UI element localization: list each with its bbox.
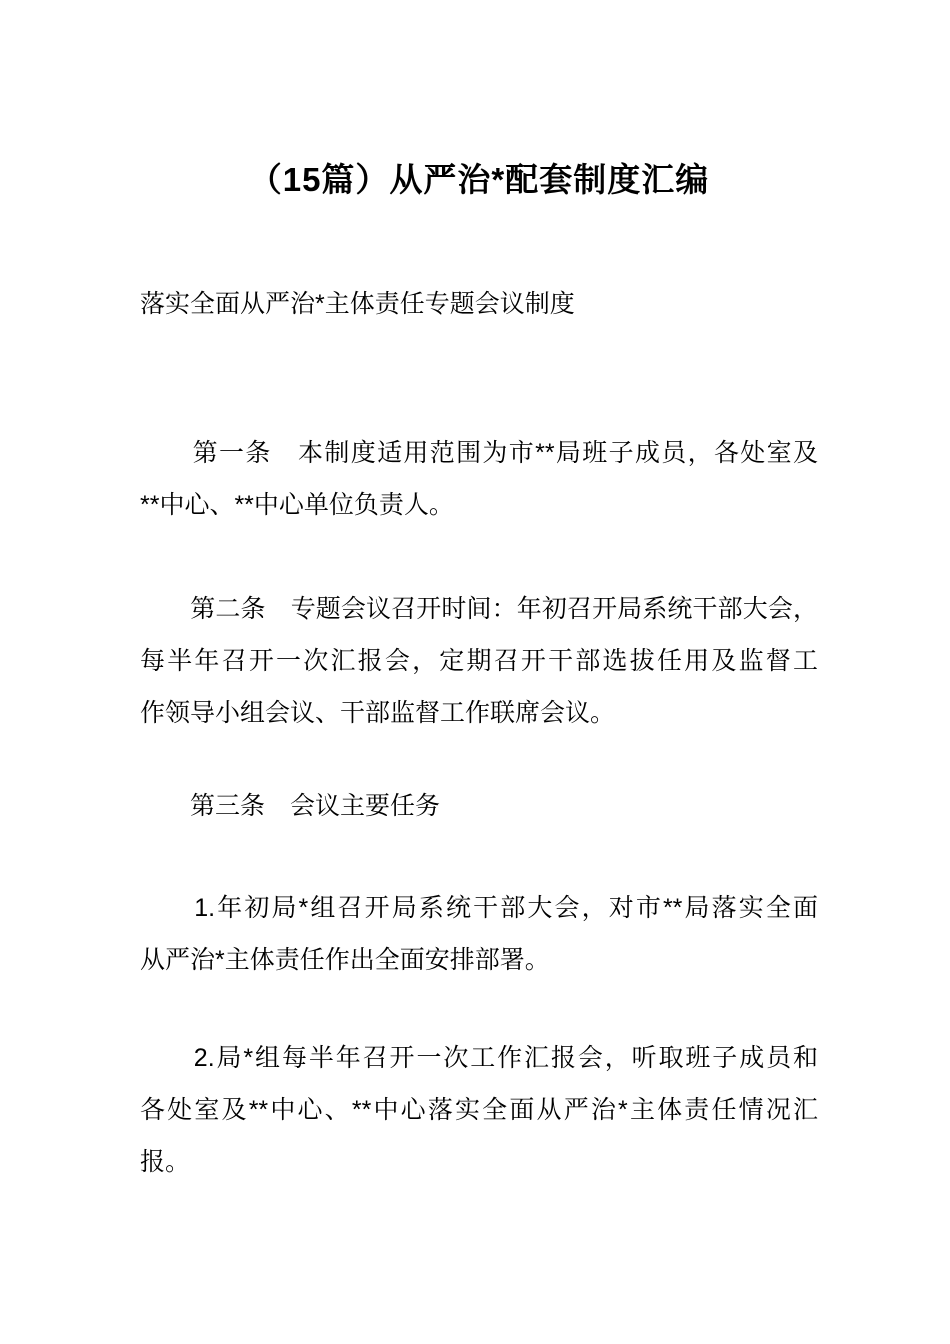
text-line: 第二条 专题会议召开时间：年初召开局系统干部大会， <box>140 583 818 635</box>
text-line: 从严治*主体责任作出全面安排部署。 <box>140 934 818 986</box>
text-line: **中心、**中心单位负责人。 <box>140 479 818 531</box>
paragraph-item-2: 2.局*组每半年召开一次工作汇报会，听取班子成员和 各处室及**中心、**中心落… <box>140 1032 818 1188</box>
text-line: 第三条 会议主要任务 <box>140 780 818 832</box>
text-line: 1.年初局*组召开局系统干部大会，对市**局落实全面 <box>140 882 818 934</box>
paragraph-article-1: 第一条 本制度适用范围为市**局班子成员，各处室及 **中心、**中心单位负责人… <box>140 427 818 531</box>
text-line: 作领导小组会议、干部监督工作联席会议。 <box>140 687 818 739</box>
text-line: 每半年召开一次汇报会，定期召开干部选拔任用及监督工 <box>140 635 818 687</box>
text-line: 2.局*组每半年召开一次工作汇报会，听取班子成员和 <box>140 1032 818 1084</box>
text-line: 报。 <box>140 1136 818 1188</box>
text-line: 各处室及**中心、**中心落实全面从严治*主体责任情况汇 <box>140 1084 818 1136</box>
document-subtitle: 落实全面从严治*主体责任专题会议制度 <box>140 278 818 330</box>
document-content: （15篇）从严治*配套制度汇编 落实全面从严治*主体责任专题会议制度 第一条 本… <box>0 154 950 1188</box>
paragraph-item-1: 1.年初局*组召开局系统干部大会，对市**局落实全面 从严治*主体责任作出全面安… <box>140 882 818 986</box>
paragraph-article-3: 第三条 会议主要任务 <box>140 780 818 832</box>
document-title: （15篇）从严治*配套制度汇编 <box>140 154 818 206</box>
text-line: 第一条 本制度适用范围为市**局班子成员，各处室及 <box>140 427 818 479</box>
document-page: （15篇）从严治*配套制度汇编 落实全面从严治*主体责任专题会议制度 第一条 本… <box>0 0 950 1344</box>
paragraph-article-2: 第二条 专题会议召开时间：年初召开局系统干部大会， 每半年召开一次汇报会，定期召… <box>140 583 818 739</box>
